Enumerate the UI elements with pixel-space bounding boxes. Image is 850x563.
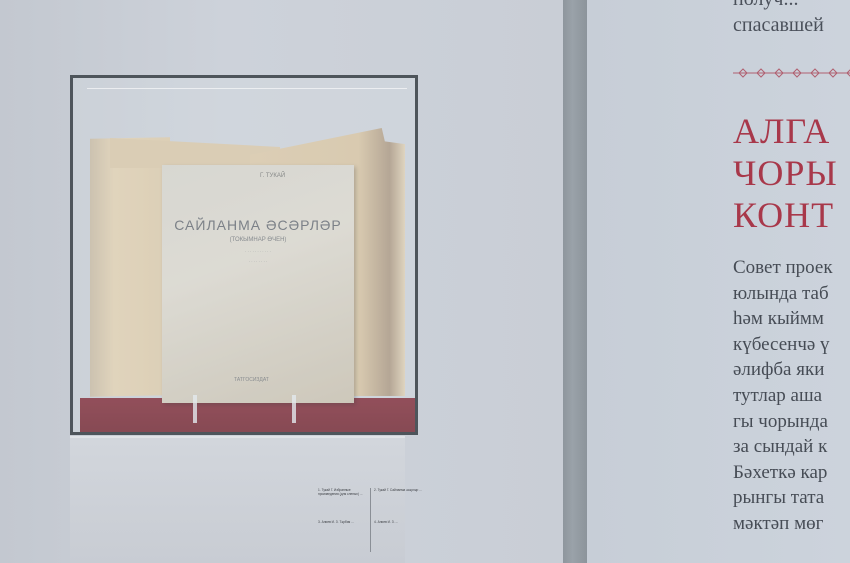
body-line: тутлар аша: [733, 383, 833, 409]
panel-body-text: Совет проек юлында таб һәм кыймм күбесен…: [733, 255, 833, 537]
body-line: һәм кыймм: [733, 306, 833, 332]
label-item: 3. Алиев И. З. Тәрбия ...: [318, 520, 366, 524]
glass-display-case: [70, 75, 418, 435]
body-line: күбесенчә ү: [733, 332, 833, 358]
glass-reflection: [87, 88, 407, 89]
panel-top-line-2: спасавшей: [733, 12, 824, 38]
label-number: 4.: [374, 520, 377, 524]
label-item: 1. Тукай Г. Избранные произведения (для …: [318, 488, 366, 496]
label-item: 2. Тукай Г. Сайланма әсәрләр ...: [374, 488, 422, 492]
ornament-icon: [733, 68, 850, 78]
body-line: гы чорында: [733, 409, 833, 435]
body-line: әлифба яки: [733, 357, 833, 383]
label-number: 3.: [318, 520, 321, 524]
label-text: Тукай Г. Сайланма әсәрләр ...: [378, 488, 422, 492]
exhibit-label: 1. Тукай Г. Избранные произведения (для …: [318, 488, 426, 558]
body-line: за сындай к: [733, 434, 833, 460]
body-line: мәктәп мөг: [733, 511, 833, 537]
heading-line: ЧОРЫ: [733, 152, 838, 194]
body-line: юлында таб: [733, 281, 833, 307]
panel-top-line-1: получ...: [733, 0, 798, 12]
label-number: 2.: [374, 488, 377, 492]
wall-pillar: [563, 0, 587, 563]
label-text: Алиев И. З. ...: [378, 520, 399, 524]
body-line: рынгы тата: [733, 485, 833, 511]
label-item: 4. Алиев И. З. ...: [374, 520, 422, 524]
heading-line: КОНТ: [733, 194, 838, 236]
panel-heading: АЛГА ЧОРЫ КОНТ: [733, 110, 838, 236]
label-text: Алиев И. З. Тәрбия ...: [322, 520, 354, 524]
body-line: Совет проек: [733, 255, 833, 281]
label-divider: [370, 488, 371, 552]
info-panel: получ... спасавшей АЛГА ЧОРЫ КОНТ Совет …: [587, 0, 850, 563]
body-line: Бәхеткә кар: [733, 460, 833, 486]
label-text: Тукай Г. Избранные произведения (для сле…: [318, 488, 363, 496]
heading-line: АЛГА: [733, 110, 838, 152]
